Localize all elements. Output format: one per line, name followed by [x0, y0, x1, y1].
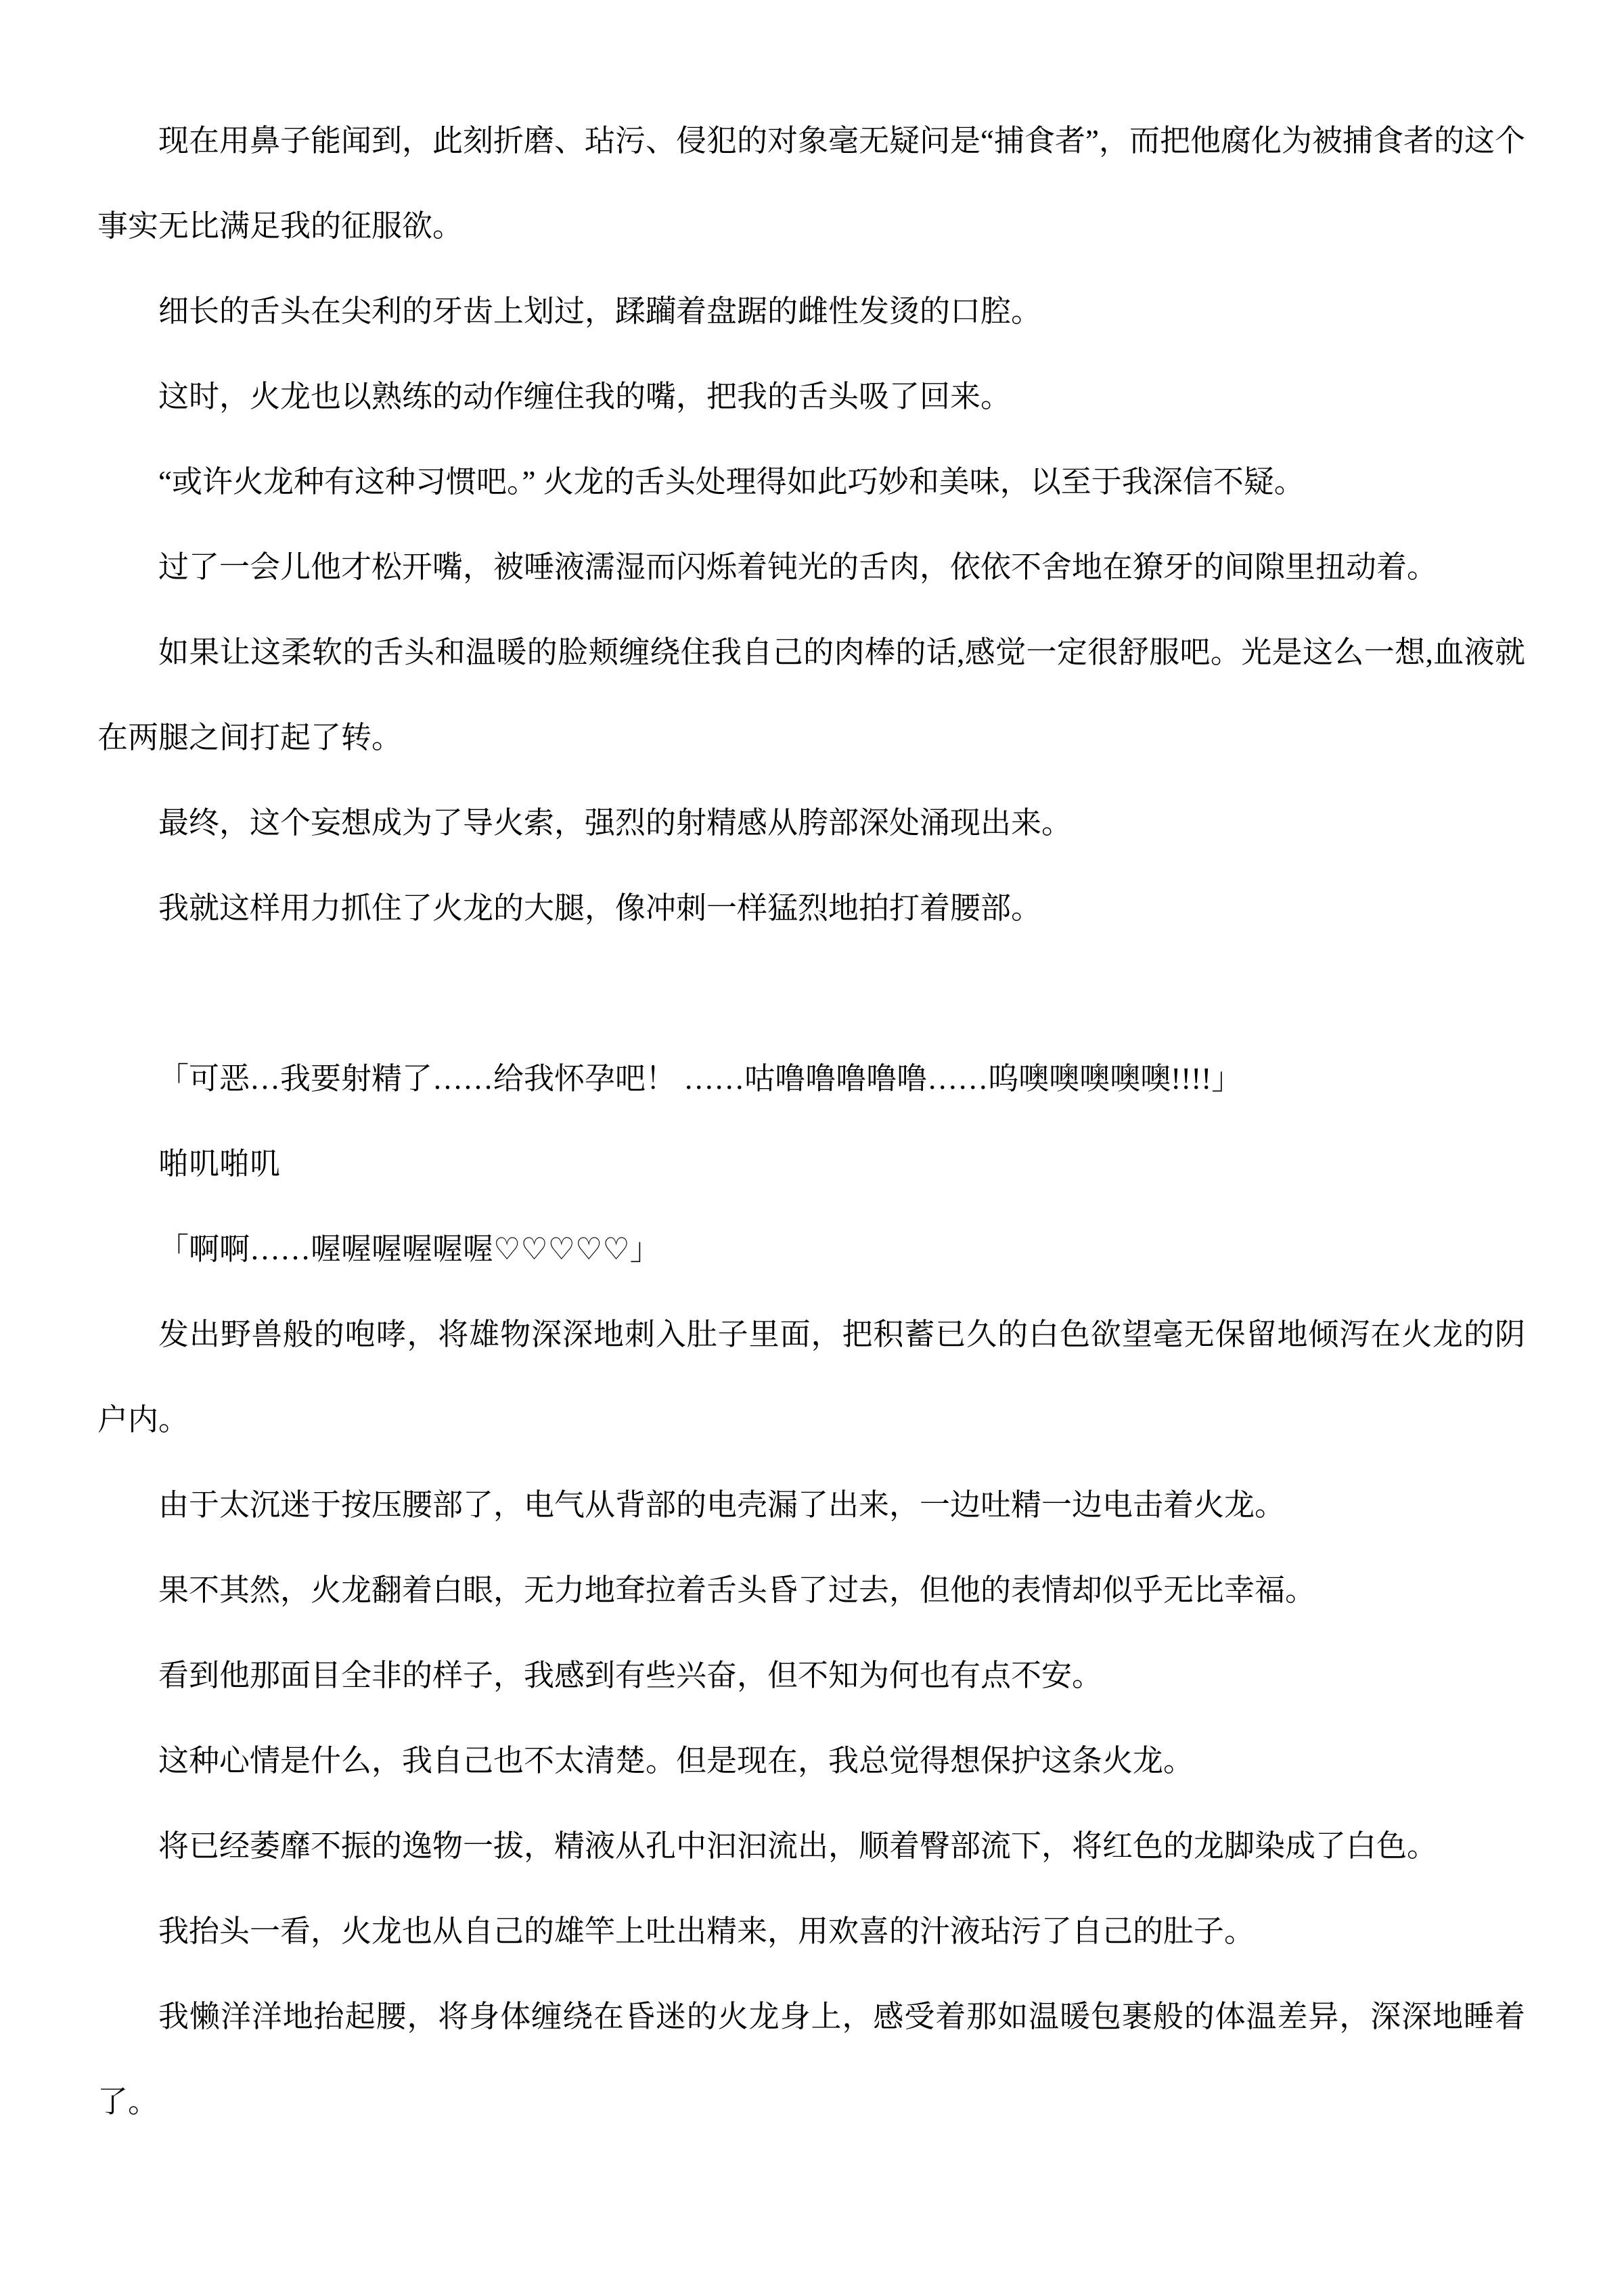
paragraph: 将已经萎靡不振的逸物一拔，精液从孔中汩汩流出，顺着臀部流下，将红色的龙脚染成了白…: [97, 1803, 1525, 1889]
paragraph: 果不其然，火龙翻着白眼，无力地耷拉着舌头昏了过去，但他的表情却似乎无比幸福。: [97, 1548, 1525, 1633]
paragraph: 这时，火龙也以熟练的动作缠住我的嘴，把我的舌头吸了回来。: [97, 354, 1525, 439]
paragraph: 我懒洋洋地抬起腰，将身体缠绕在昏迷的火龙身上，感受着那如温暖包裹般的体温差异，深…: [97, 1974, 1525, 2144]
dialogue-line: 「可恶…我要射精了……给我怀孕吧！ ……咕噜噜噜噜噜……呜噢噢噢噢噢!!!!」: [97, 1036, 1525, 1121]
paragraph: 最终，这个妄想成为了导火索，强烈的射精感从胯部深处涌现出来。: [97, 780, 1525, 865]
paragraph: 看到他那面目全非的样子，我感到有些兴奋，但不知为何也有点不安。: [97, 1633, 1525, 1718]
paragraph: 这种心情是什么，我自己也不太清楚。但是现在，我总觉得想保护这条火龙。: [97, 1718, 1525, 1803]
paragraph: 过了一会儿他才松开嘴，被唾液濡湿而闪烁着钝光的舌肉，依依不舍地在獠牙的间隙里扭动…: [97, 524, 1525, 610]
paragraph: 由于太沉迷于按压腰部了，电气从背部的电壳漏了出来，一边吐精一边电击着火龙。: [97, 1462, 1525, 1548]
blank-line: [97, 951, 1525, 1036]
paragraph: “或许火龙种有这种习惯吧。” 火龙的舌头处理得如此巧妙和美味，以至于我深信不疑。: [97, 439, 1525, 524]
paragraph: 我就这样用力抓住了火龙的大腿，像冲刺一样猛烈地拍打着腰部。: [97, 865, 1525, 951]
document-page: 现在用鼻子能闻到，此刻折磨、玷污、侵犯的对象毫无疑问是“捕食者”，而把他腐化为被…: [0, 0, 1624, 2296]
dialogue-line: 「啊啊……喔喔喔喔喔喔♡♡♡♡♡」: [97, 1207, 1525, 1292]
paragraph: 细长的舌头在尖利的牙齿上划过，蹂躏着盘踞的雌性发烫的口腔。: [97, 269, 1525, 354]
paragraph: 我抬头一看，火龙也从自己的雄竿上吐出精来，用欢喜的汁液玷污了自己的肚子。: [97, 1889, 1525, 1974]
paragraph: 如果让这柔软的舌头和温暖的脸颊缠绕住我自己的肉棒的话,感觉一定很舒服吧。光是这么…: [97, 610, 1525, 780]
paragraph: 发出野兽般的咆哮，将雄物深深地刺入肚子里面，把积蓄已久的白色欲望毫无保留地倾泻在…: [97, 1292, 1525, 1462]
sfx-line: 啪叽啪叽: [97, 1121, 1525, 1207]
paragraph: 现在用鼻子能闻到，此刻折磨、玷污、侵犯的对象毫无疑问是“捕食者”，而把他腐化为被…: [97, 98, 1525, 269]
